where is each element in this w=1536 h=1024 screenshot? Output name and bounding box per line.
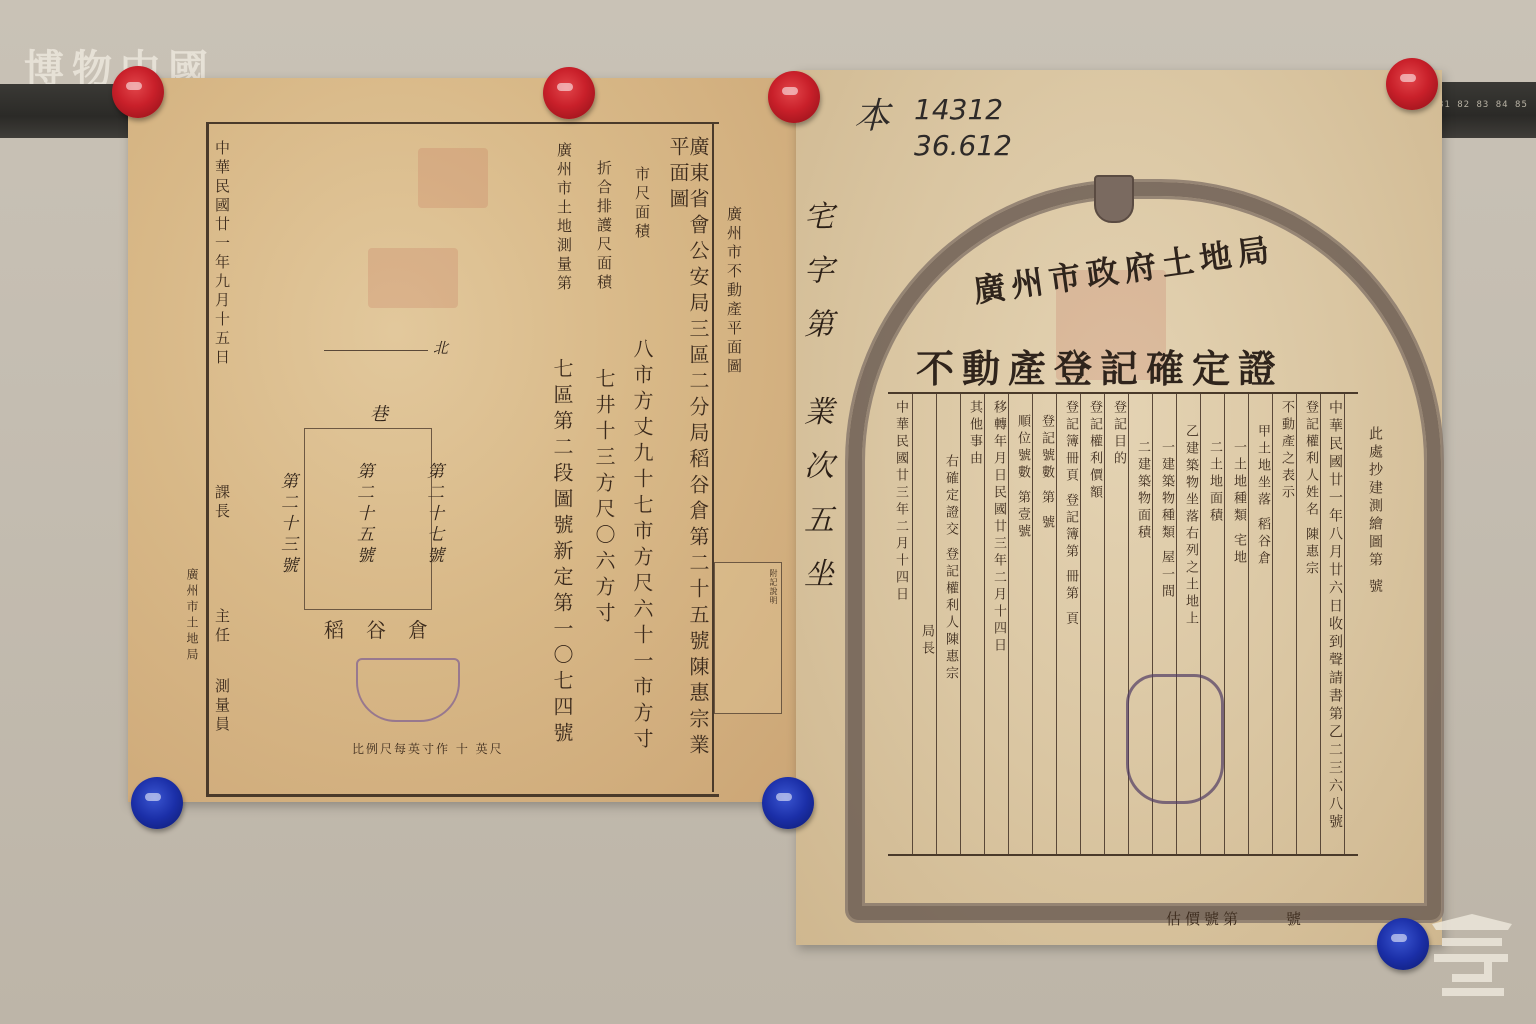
other-matters-column: 其他事由 [968, 400, 981, 468]
red-magnet-pin [112, 66, 164, 118]
building-area-column: 二建築物面積 [1136, 440, 1149, 542]
surveyor-label: 測量員 [214, 678, 229, 735]
blue-magnet-pin [762, 777, 814, 829]
land-area-column: 二土地面積 [1208, 440, 1221, 525]
director-label: 主任 [214, 608, 229, 646]
north-mark: 北 [432, 340, 447, 359]
registration-no-column: 登記號數 第 號 [1040, 414, 1053, 532]
notice-box: 附記說明 [714, 562, 782, 714]
purpose-column: 登記目的 [1112, 400, 1125, 468]
plan-unit-23: 第二十三號 [278, 472, 295, 577]
blue-magnet-pin [131, 777, 183, 829]
pencil-note-numbers: 14312 36.612 [914, 92, 1012, 164]
property-desc-column: 不動產之表示 [1280, 400, 1293, 502]
issue-date: 中華民國廿一年九月十五日 [214, 140, 229, 500]
survey-label: 廣州市土地測量第 [556, 142, 571, 294]
section-chief-label: 課長 [214, 484, 229, 522]
converted-area-label: 折合排護尺面積 [596, 160, 611, 293]
certificate-date-column: 中華民國廿三年二月十四日 [894, 400, 907, 840]
floor-plan-document: 廣州市不動產平面圖 廣東省會公安局三區二分局稻谷倉第二十五號陳惠宗業平面圖 市尺… [128, 78, 796, 802]
survey-value: 七區第二段圖號新定第一〇七四號 [552, 358, 572, 778]
red-magnet-pin [1386, 58, 1438, 110]
side-note: 此處抄建測繪圖第 號 [1368, 426, 1382, 726]
area-label: 市尺面積 [634, 166, 649, 242]
pencil-note-char: 本 [854, 88, 890, 139]
red-magnet-pin [768, 71, 820, 123]
north-line [324, 350, 428, 351]
plan-unit-25: 第二十五號 [354, 462, 371, 567]
scale-text: 比例尺每英寸作 十 英尺 [352, 740, 504, 757]
official-seal [1126, 674, 1224, 804]
transfer-date-column: 移轉年月日民國廿三年二月十四日 [992, 400, 1005, 655]
doc-header: 廣州市不動產平面圖 [726, 206, 741, 377]
edge-handwriting: 宅字第 業次五坐 [800, 200, 830, 612]
register-page-column: 登記簿冊頁 登記簿第 冊第 頁 [1064, 400, 1077, 628]
museum-logo-icon [1428, 912, 1516, 1002]
area-value: 八市方丈九十七市方尺六十一市方寸 [632, 338, 652, 778]
receipt-date-column: 中華民國廿一年八月廿六日收到聲請書第乙二三六八號 [1328, 400, 1342, 840]
building-type-column: 一建築物種類 屋一間 [1160, 440, 1173, 601]
alley-label: 巷 [368, 404, 386, 426]
director-label: 局長 [920, 624, 933, 658]
registration-certificate: 本 14312 36.612 宅字第 業次五坐 廣州市政府土地局 不動產登記確定… [796, 70, 1442, 945]
land-type-column: 一土地種類 宅地 [1232, 440, 1245, 567]
street-name: 稻谷倉 [324, 614, 450, 643]
footer-valuation: 估價號第號 [1166, 908, 1305, 929]
emblem-icon [1094, 175, 1134, 223]
certificate-grid: 中華民國廿一年八月廿六日收到聲請書第乙二三六八號 登記權利人姓名 陳惠宗 不動產… [888, 392, 1358, 856]
certificate-title: 不動產登記確定證 [916, 338, 1284, 393]
land-location-column: 甲土地坐落 稻谷倉 [1256, 424, 1269, 568]
delivery-column: 右確定證交 登記權利人陳惠宗 [944, 454, 957, 683]
converted-area-value: 七井十三方尺〇六方寸 [594, 368, 614, 768]
blue-magnet-pin [1377, 918, 1429, 970]
priority-no-column: 順位號數 第壹號 [1016, 414, 1029, 541]
bureau-stamp-text: 廣州市土地局 [186, 568, 198, 664]
ruler-ticks: 81 82 83 84 85 [1438, 100, 1528, 110]
notice-text: 附記說明 [769, 569, 777, 605]
owner-name-column: 登記權利人姓名 陳惠宗 [1304, 400, 1317, 578]
purple-stamp [356, 658, 460, 722]
building-location-column: 乙建築物坐落右列之土地上 [1184, 424, 1197, 628]
red-magnet-pin [543, 67, 595, 119]
value-column: 登記權利價額 [1088, 400, 1101, 502]
owner-bureau-column: 廣東省會公安局三區二分局稻谷倉第二十五號陳惠宗業平面圖 [668, 136, 708, 776]
plan-unit-27: 第二十七號 [424, 462, 441, 567]
